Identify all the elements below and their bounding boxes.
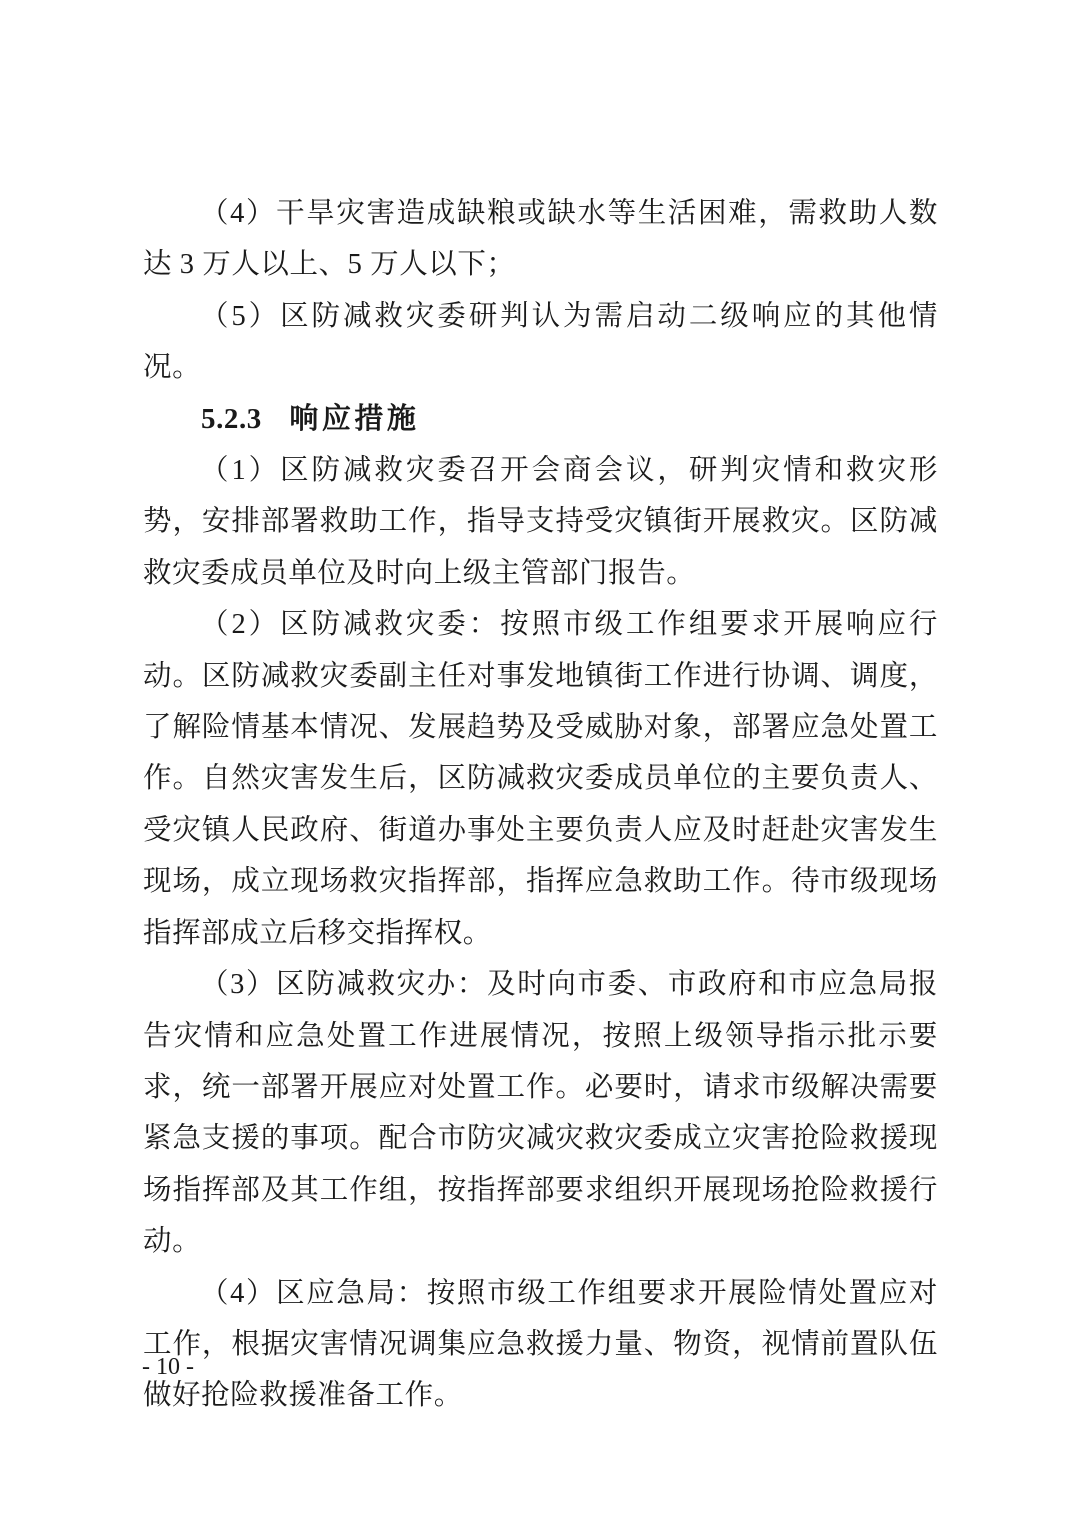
paragraph-measure-2-committee-response: （2）区防减救灾委：按照市级工作组要求开展响应行动。区防减救灾委副主任对事发地镇…: [143, 599, 938, 959]
paragraph-condition-5-other: （5）区防减救灾委研判认为需启动二级响应的其他情况。: [143, 291, 938, 394]
section-heading-5-2-3: 5.2.3响应措施: [143, 394, 938, 445]
document-body: （4）干旱灾害造成缺粮或缺水等生活困难，需救助人数达 3 万人以上、5 万人以下…: [143, 188, 938, 1422]
document-page: （4）干旱灾害造成缺粮或缺水等生活困难，需救助人数达 3 万人以上、5 万人以下…: [0, 0, 1074, 1520]
paragraph-measure-4-emergency-bureau: （4）区应急局：按照市级工作组要求开展险情处置应对工作，根据灾害情况调集应急救援…: [143, 1268, 938, 1422]
page-footer: - 10 -: [142, 1352, 194, 1382]
paragraph-condition-4-drought: （4）干旱灾害造成缺粮或缺水等生活困难，需救助人数达 3 万人以上、5 万人以下…: [143, 188, 938, 291]
page-number: - 10 -: [142, 1354, 194, 1380]
section-heading-number: 5.2.3: [201, 403, 262, 435]
section-heading-title: 响应措施: [289, 403, 419, 435]
paragraph-measure-1-committee-meeting: （1）区防减救灾委召开会商会议，研判灾情和救灾形势，安排部署救助工作，指导支持受…: [143, 445, 938, 599]
paragraph-measure-3-office-reporting: （3）区防减救灾办：及时向市委、市政府和市应急局报告灾情和应急处置工作进展情况，…: [143, 959, 938, 1267]
